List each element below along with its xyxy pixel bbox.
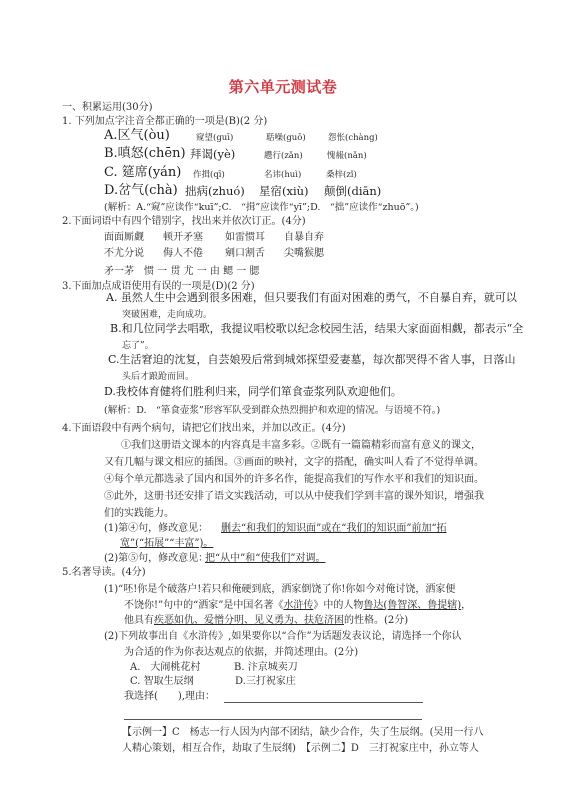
q5-example-line: 【示例一】C 杨志一行人因为内部不团结，缺少合作，失了生辰纲。(吴用一行八 [122, 726, 484, 739]
q1-option-b-item: 趱行(zǎn) [264, 150, 303, 163]
q5-choice-c: C. 智取生辰纲 [130, 675, 194, 688]
q2-answer: 矛一茅 惯 一 贯 尤 一 由 鳃 一 腮 [104, 265, 259, 278]
q5-part2-line: (2)下列故事出自《水浒传》,如果要你以“合作”为话题发表议论，请选择一个你认 [104, 630, 462, 643]
section-heading: 一、积累运用(30分) [62, 101, 153, 114]
q3-option-a: A. 虽然人生中会遇到很多困难，但只要我们有面对困难的勇气，不自暴自弃，就可以 [106, 290, 517, 305]
q5-part1-line: (1)“呸!你是个破落户!若只和俺硬到底，洒家倒饶了你!你如今对俺讨饶，洒家便 [104, 583, 455, 596]
q2-word: 尖嘴猴腮 [284, 247, 324, 260]
text: 他具有 [124, 615, 154, 626]
q4-passage-line: ④每个单元都选录了国内和国外的许多名作，能提高我们的写作水平和我们的知识面。 [104, 473, 484, 486]
q3-analysis: (解析：D. “箪食壶浆”形容军队受到群众热烈拥护和欢迎的情况。与语境不符。) [104, 404, 440, 417]
q4-stem: 4.下面语段中有两个病句，请把它们找出来，并加以改正。(4分) [62, 422, 346, 435]
book-title: 水浒传 [283, 600, 313, 611]
q3-option-b: B.和几位同学去唱歌，我提议唱校歌以纪念校园生活，结果大家面面相觑，都表示“全 [110, 321, 523, 336]
q1-option-d: D.岔气(chà) [104, 183, 178, 199]
q1-option-d-item: 星宿(xiù) [259, 184, 309, 199]
q1-option-d-item: 拙病(zhuó) [185, 184, 245, 199]
q1-option-a-item: 聒噪(guō) [266, 132, 306, 145]
reason-answer-line [224, 702, 423, 703]
q4-answer-1: 删去“和我们的知识面”或在“我们的知识面”前加“拓 [221, 522, 447, 535]
q1-stem: 1. 下列加点字注音全都正确的一项是(B)(2 分) [62, 115, 267, 128]
q5-choice-a: A. 大闹桃花村 [130, 661, 200, 674]
q1-option-a-item: 怨怅(chàng) [328, 132, 378, 145]
q1-option-b-item: 愧赧(nǎn) [327, 150, 367, 163]
q2-word: 如雷惯耳 [225, 231, 265, 244]
q5-example-line: 人精心策划，相互合作，劫取了生辰纲) 【示例二】D 三打祝家庄中，孙立等人 [122, 742, 479, 755]
q1-analysis: (解析：A.“窥”应读作“kuī”;C. “揖”应读作“yī”;D. “拙”应读… [104, 201, 419, 214]
q3-option-c: C.生活窘迫的沈复，自芸娘殁后常到城郊探望爱妻墓，每次都哭得不省人事，日落山 [108, 352, 516, 367]
q3-option-c-cont: 头后才踉跄而回。 [122, 371, 194, 384]
q5-choice-d: D.三打祝家庄 [235, 675, 296, 688]
q4-answer-2: 把“从中”和“使我们”对调。 [205, 552, 325, 565]
character-answer: 鲁达(鲁智深、鲁提辖) [363, 600, 461, 611]
page-title: 第六单元测试卷 [0, 76, 566, 97]
q1-option-d-item: 颠倒(diān) [324, 184, 381, 199]
q5-choice-b: B. 汴京城卖刀 [234, 661, 298, 674]
q4-answer-1-cont: 宽”(“拓展”“丰富”)。 [120, 537, 213, 550]
q4-passage-line: 们的实践能力。 [104, 507, 174, 520]
q4-passage-line: ①我们这册语文课本的内容真是丰富多彩。②既有一篇篇精彩而富有意义的课文， [121, 439, 481, 452]
q1-option-b-item: 拜谒(yè) [190, 147, 235, 162]
text: 》中的人物 [313, 600, 363, 611]
q5-part1-line: 他具有疾恶如仇、爱憎分明、见义勇为、扶危济困的性格。(2分) [124, 614, 408, 627]
q5-select-label: 我选择( ),理由： [124, 690, 215, 703]
q4-answer-1-label: (1)第④句，修改意见： [104, 522, 208, 535]
q4-answer-2-label: (2)第⑤句，修改意见： [104, 552, 208, 565]
q2-word: 不尤分说 [104, 247, 144, 260]
q3-option-d: D.我校体育健将们胜利归来，同学们箪食壶浆列队欢迎他们。 [104, 384, 402, 399]
character-trait-answer: 疾恶如仇、爱憎分明、见义勇为、扶危济困 [154, 615, 344, 626]
q4-passage-line: ⑤此外，这册书还安排了语文实践活动，可以从中使我们学到丰富的课外知识，增强我 [104, 490, 484, 503]
q1-option-a: A.区气(òu) [104, 128, 170, 144]
q1-option-b: B.嗔怒(chēn) [104, 146, 186, 162]
q2-word: 侮人不倦 [163, 247, 203, 260]
q2-word: 顿开矛塞 [163, 231, 203, 244]
q1-option-a-item: 窥望(guī) [196, 132, 233, 145]
q5-part2-line: 为合适的作为你表达观点的依据，并简述理由。(2分) [124, 646, 358, 659]
reason-answer-line-2 [124, 719, 422, 720]
q4-passage-line: 又有几幅与课文相应的插图。③画面的映衬，文字的搭配，确实叫人看了不觉得单调。 [104, 456, 484, 469]
q5-part1-line: 不饶你!”句中的“洒家”是中国名著《水浒传》中的人物鲁达(鲁智深、鲁提辖)， [124, 599, 471, 612]
q1-option-c-item: 作揖(qī) [193, 169, 225, 182]
q2-word: 自暴自弃 [284, 231, 324, 244]
text: 不饶你!”句中的“洒家”是中国名著《 [124, 600, 283, 611]
text: 的性格。(2分) [344, 615, 408, 626]
q5-stem: 5.名著导读。(4分) [62, 566, 146, 579]
q1-option-c: C. 筵席(yán) [104, 165, 181, 181]
q1-option-c-item: 名讳(huì) [264, 169, 301, 182]
q2-word: 面面厮觑 [104, 231, 144, 244]
q2-word: 剜口割舌 [225, 247, 265, 260]
text: ， [461, 600, 471, 611]
q1-option-c-item: 桑梓(zǐ) [326, 169, 357, 182]
q2-stem: 2.下面词语中有四个错别字，找出来并依次订正。(4分) [62, 215, 306, 228]
